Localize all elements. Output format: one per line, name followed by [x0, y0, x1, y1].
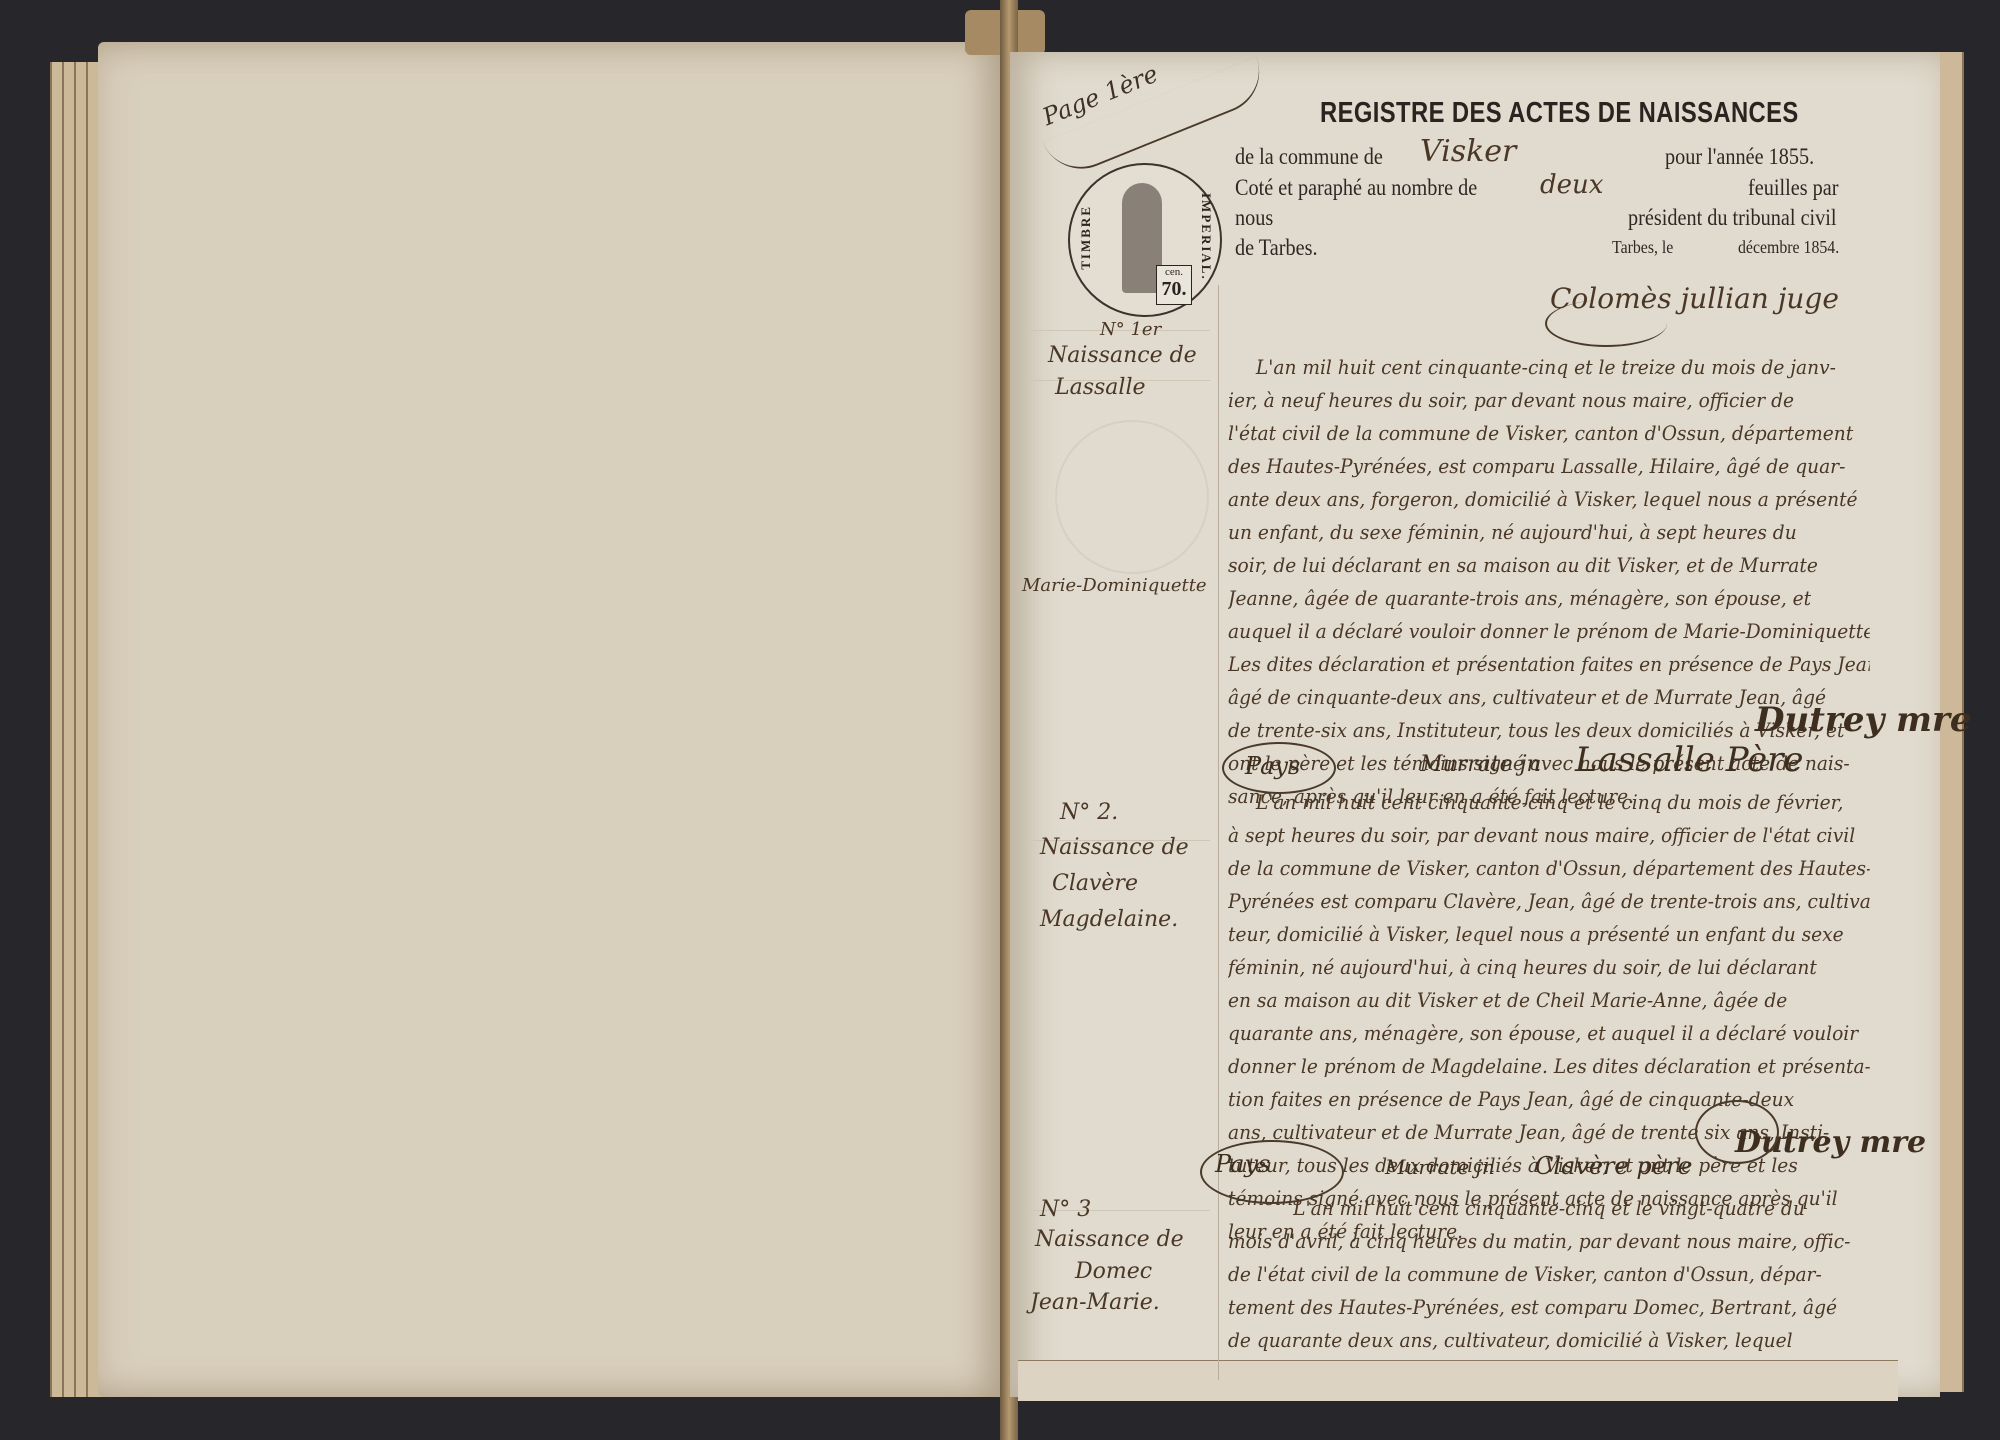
signature-oval	[1200, 1140, 1344, 1204]
header-line4-prefix: de Tarbes.	[1235, 235, 1318, 261]
entry2-margin-surname: Clavère	[1052, 866, 1138, 902]
header-date: décembre 1854.	[1738, 237, 1839, 258]
header-place: Tarbes, le	[1612, 237, 1673, 258]
entry3-margin-firstname: Jean-Marie.	[1030, 1285, 1160, 1321]
header-sheet-count: deux	[1540, 170, 1603, 200]
signature-murrate: Murrate jn	[1420, 752, 1541, 777]
entry2-margin-firstname: Magdelaine.	[1040, 902, 1178, 938]
header-line1-suffix: pour l'année 1855.	[1665, 144, 1814, 170]
register-title: REGISTRE DES ACTES DE NAISSANCES	[1320, 97, 1799, 130]
margin-rule	[1218, 285, 1219, 1380]
header-line3-prefix: nous	[1235, 205, 1273, 231]
signature-oval	[1222, 742, 1336, 794]
entry1-margin-firstname: Marie-Dominiquette	[1022, 568, 1207, 604]
stamp-value: cen. 70.	[1156, 265, 1192, 305]
imperial-stamp: TIMBRE IMPERIAL. cen. 70.	[1068, 163, 1222, 317]
signature-father: Lassalle Père	[1575, 740, 1804, 780]
header-line3-suffix: président du tribunal civil	[1628, 205, 1837, 231]
bottom-leaf	[1018, 1360, 1898, 1401]
entry3-margin-title: Naissance de	[1035, 1222, 1184, 1258]
header-line1-prefix: de la commune de	[1235, 144, 1383, 170]
header-commune: Visker	[1420, 134, 1516, 169]
signature-oval	[1695, 1100, 1779, 1164]
entry2-number: N° 2.	[1060, 795, 1118, 831]
signature-mayor: Dutrey mre	[1755, 700, 1972, 740]
entry2-margin-title: Naissance de	[1040, 830, 1189, 866]
left-page-blank	[98, 42, 1003, 1397]
header-line2-prefix: Coté et paraphé au nombre de	[1235, 175, 1477, 201]
embossed-seal	[1055, 420, 1209, 574]
entry1-text: L'an mil huit cent cinquante-cinq et le …	[1228, 355, 1918, 817]
signature-father: Clavère père	[1535, 1152, 1692, 1180]
header-line2-suffix: feuilles par	[1748, 175, 1838, 201]
entry1-margin-title: Naissance de	[1048, 338, 1197, 374]
entry1-margin-surname: Lassalle	[1055, 370, 1146, 406]
signature-flourish	[1545, 300, 1667, 347]
entry3-text: L'an mil huit cent cinquante-cinq et le …	[1228, 1196, 1918, 1361]
signature-murrate: Murrate jn	[1385, 1155, 1495, 1179]
